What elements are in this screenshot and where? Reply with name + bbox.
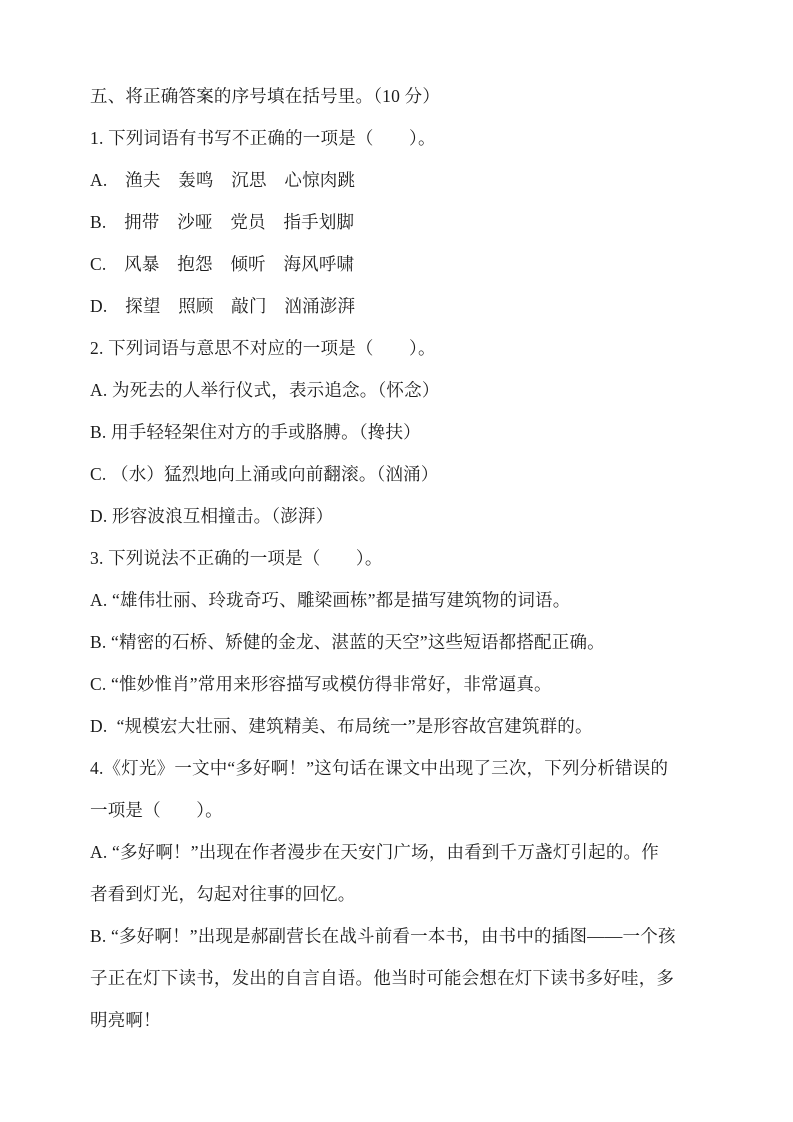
question-4-option-a-line-2: 者看到灯光，勾起对往事的回忆。 [90,873,730,915]
question-3-option-d: D. “规模宏大壮丽、建筑精美、布局统一”是形容故宫建筑群的。 [90,705,730,747]
question-1-stem: 1. 下列词语有书写不正确的一项是（ ）。 [90,117,730,159]
question-2-option-c: C. （水）猛烈地向上涌或向前翻滚。（汹涌） [90,453,730,495]
question-1-option-b: B. 拥带 沙哑 党员 指手划脚 [90,201,730,243]
question-3-stem: 3. 下列说法不正确的一项是（ ）。 [90,537,730,579]
question-3-option-a: A. “雄伟壮丽、玲珑奇巧、雕梁画栋”都是描写建筑物的词语。 [90,579,730,621]
question-2-stem: 2. 下列词语与意思不对应的一项是（ ）。 [90,327,730,369]
exam-paper-page: 五、将正确答案的序号填在括号里。（10 分） 1. 下列词语有书写不正确的一项是… [0,0,793,1122]
question-4-option-b-line-1: B. “多好啊！”出现是郝副营长在战斗前看一本书，由书中的插图——一个孩 [90,915,730,957]
question-3-option-b: B. “精密的石桥、矫健的金龙、湛蓝的天空”这些短语都搭配正确。 [90,621,730,663]
question-4-stem-line-2: 一项是（ ）。 [90,789,730,831]
question-4-option-b-line-3: 明亮啊！ [90,999,730,1041]
exam-section-five: 五、将正确答案的序号填在括号里。（10 分） 1. 下列词语有书写不正确的一项是… [90,75,730,1041]
question-1-option-d: D. 探望 照顾 敲门 汹涌澎湃 [90,285,730,327]
question-4-stem-line-1: 4.《灯光》一文中“多好啊！”这句话在课文中出现了三次，下列分析错误的 [90,747,730,789]
question-2-option-d: D. 形容波浪互相撞击。（澎湃） [90,495,730,537]
question-1-option-a: A. 渔夫 轰鸣 沉思 心惊肉跳 [90,159,730,201]
question-2-option-b: B. 用手轻轻架住对方的手或胳膊。（搀扶） [90,411,730,453]
question-2-option-a: A. 为死去的人举行仪式，表示追念。（怀念） [90,369,730,411]
section-heading: 五、将正确答案的序号填在括号里。（10 分） [90,75,730,117]
question-1-option-c: C. 风暴 抱怨 倾听 海风呼啸 [90,243,730,285]
question-4-option-a-line-1: A. “多好啊！”出现在作者漫步在天安门广场，由看到千万盏灯引起的。作 [90,831,730,873]
question-4-option-b-line-2: 子正在灯下读书，发出的自言自语。他当时可能会想在灯下读书多好哇，多 [90,957,730,999]
question-3-option-c: C. “惟妙惟肖”常用来形容描写或模仿得非常好，非常逼真。 [90,663,730,705]
